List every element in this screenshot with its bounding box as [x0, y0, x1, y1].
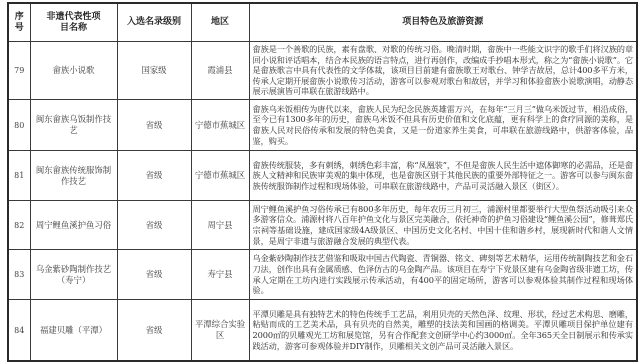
row-index: 79 [8, 42, 30, 100]
header-list-level: 入选名录级别 [117, 3, 191, 42]
row-list-level: 国家级 [117, 42, 191, 100]
row-region: 宁德市蕉城区 [191, 151, 249, 201]
table-row: 83 乌金紫砂陶制作技艺（寿宁） 省级 寿宁县 乌金紫砂陶制作技艺借鉴和吸取中国… [8, 250, 637, 300]
row-region: 霞浦县 [191, 42, 249, 100]
header-features: 项目特色及旅游资源 [249, 3, 637, 42]
row-project-name: 闽东畲族乌饭制作技艺 [30, 100, 117, 151]
row-features: 乌金紫砂陶制作技艺借鉴和吸取中国古代陶瓷、青铜器、铭文、碑刻等艺术精华，运用传统… [249, 250, 637, 300]
row-features: 周宁鲤鱼溪护鱼习俗传承已有800多年历史，每年农历三月初三，浦源村里都要举行大型… [249, 201, 637, 250]
row-region: 寿宁县 [191, 250, 249, 300]
table-row: 82 周宁鲤鱼溪护鱼习俗 省级 周宁县 周宁鲤鱼溪护鱼习俗传承已有800多年历史… [8, 201, 637, 250]
row-project-name: 畲族小说歌 [30, 42, 117, 100]
row-project-name: 周宁鲤鱼溪护鱼习俗 [30, 201, 117, 250]
row-index: 84 [8, 300, 30, 356]
row-index: 83 [8, 250, 30, 300]
row-region: 宁德市蕉城区 [191, 100, 249, 151]
row-features: 畲族是一个善歌的民族，素有盘歌、对歌的传统习俗。晚清时期，畲族中一些能文识字的歌… [249, 42, 637, 100]
row-index: 80 [8, 100, 30, 151]
row-features: 畲族传统服装，多有刺绣，刺绣色彩丰富，称“凤凰装”，不但是畲族人民生活中遮体御寒… [249, 151, 637, 201]
header-index: 序号 [8, 3, 30, 42]
row-list-level: 省级 [117, 201, 191, 250]
header-region: 地区 [191, 3, 249, 42]
row-index: 81 [8, 151, 30, 201]
row-region: 周宁县 [191, 201, 249, 250]
table-row: 81 闽东畲族传统服饰制作技艺 省级 宁德市蕉城区 畲族传统服装，多有刺绣，刺绣… [8, 151, 637, 201]
row-features: 畲族乌米饭相传为唐代以来，畲族人民为纪念民族英雄雷万兴，在每年“三月三”做乌米饭… [249, 100, 637, 151]
table-row: 80 闽东畲族乌饭制作技艺 省级 宁德市蕉城区 畲族乌米饭相传为唐代以来，畲族人… [8, 100, 637, 151]
row-list-level: 省级 [117, 100, 191, 151]
row-project-name: 闽东畲族传统服饰制作技艺 [30, 151, 117, 201]
row-list-level: 省级 [117, 151, 191, 201]
row-region: 平潭综合实验区 [191, 300, 249, 356]
row-project-name: 乌金紫砂陶制作技艺（寿宁） [30, 250, 117, 300]
heritage-table-container: 序号 非遗代表性项目名称 入选名录级别 地区 项目特色及旅游资源 79 畲族小说… [7, 2, 638, 355]
row-features: 平潭贝雕是具有独特艺术的特色传统手工艺品，利用贝壳的天然色泽、纹理、形状，经过艺… [249, 300, 637, 356]
heritage-projects-table: 序号 非遗代表性项目名称 入选名录级别 地区 项目特色及旅游资源 79 畲族小说… [7, 2, 638, 355]
table-row: 79 畲族小说歌 国家级 霞浦县 畲族是一个善歌的民族，素有盘歌、对歌的传统习俗… [8, 42, 637, 100]
row-index: 82 [8, 201, 30, 250]
table-header-row: 序号 非遗代表性项目名称 入选名录级别 地区 项目特色及旅游资源 [8, 3, 637, 42]
row-project-name: 福建贝雕（平潭） [30, 300, 117, 356]
row-list-level: 省级 [117, 250, 191, 300]
table-row: 84 福建贝雕（平潭） 省级 平潭综合实验区 平潭贝雕是具有独特艺术的特色传统手… [8, 300, 637, 356]
row-list-level: 省级 [117, 300, 191, 356]
header-project-name: 非遗代表性项目名称 [30, 3, 117, 42]
